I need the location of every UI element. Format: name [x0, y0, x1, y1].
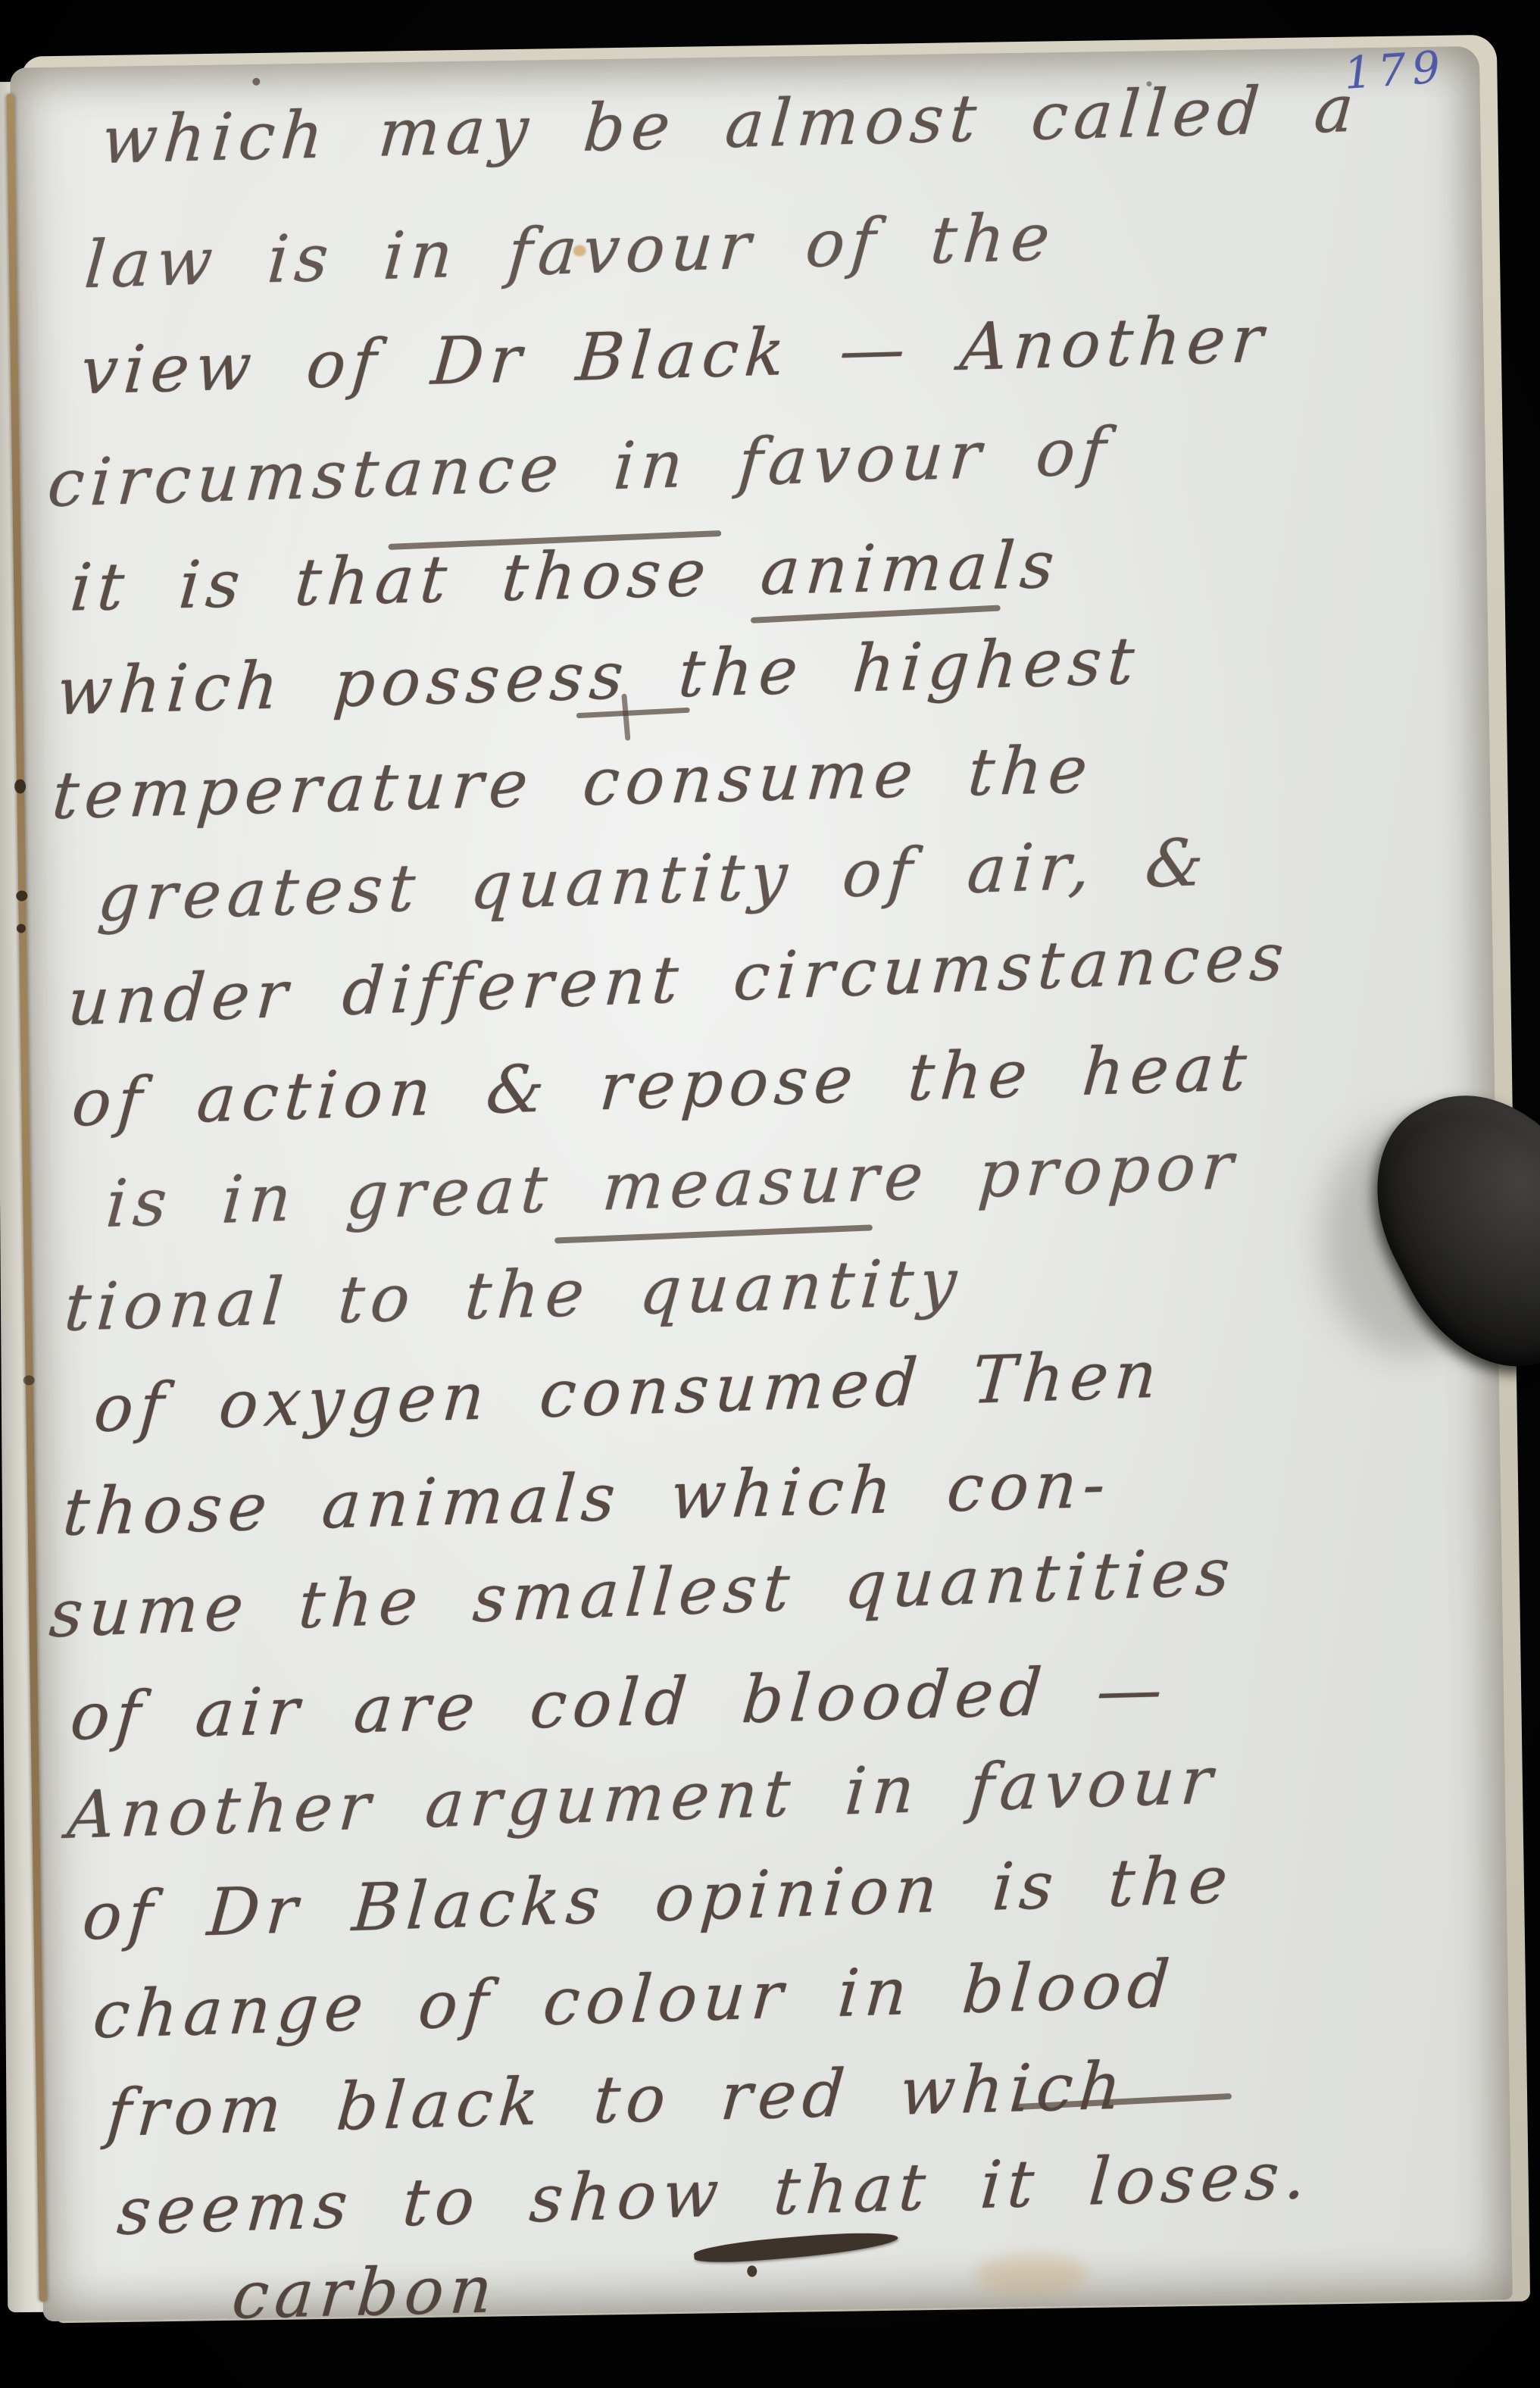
paper-stain [974, 2253, 1089, 2296]
pen-cross-mark [576, 692, 698, 747]
text-line: of oxygen consumed Then [92, 1336, 1166, 1447]
pen-stroke [576, 708, 690, 718]
text-line: of action & repose the heat [70, 1030, 1255, 1142]
text-line: from black to red which [104, 2048, 1129, 2152]
text-line: is in great measure propor [104, 1128, 1242, 1242]
text-line: view of Dr Black — Another [78, 302, 1272, 410]
photo-backdrop: 179 which may be almost called a law is … [0, 0, 1540, 2388]
text-line: of air are cold blooded — [67, 1652, 1171, 1755]
ink-speck [1146, 81, 1151, 86]
text-line: law is in favour of the [82, 199, 1058, 303]
correction-stroke [554, 1224, 873, 1243]
text-line: temperature consume the [49, 732, 1096, 834]
stitch-hole [23, 1375, 35, 1385]
stitch-hole [17, 924, 26, 933]
text-line: greatest quantity of air, & [95, 824, 1213, 936]
pen-stroke [621, 693, 630, 740]
text-line: sume the smallest quantities [47, 1534, 1239, 1652]
text-line: tional to the quantity [62, 1244, 966, 1346]
text-line: circumstance in favour of [45, 414, 1114, 522]
text-line: change of colour in blood [90, 1946, 1178, 2053]
ink-speck [252, 78, 260, 86]
text-line: which may be almost called a [98, 71, 1362, 179]
stitch-hole [16, 890, 27, 901]
text-line: Another argument in favour [65, 1743, 1221, 1854]
ink-blot-dash [693, 2228, 898, 2266]
ink-blot-dot [747, 2265, 757, 2277]
text-line: of Dr Blacks opinion is the [80, 1842, 1236, 1955]
text-line: those animals which con- [60, 1446, 1114, 1551]
text-line: carbon [230, 2252, 501, 2333]
stitch-hole [14, 779, 26, 793]
text-line: seems to show that it loses. [114, 2137, 1314, 2249]
manuscript-page: 179 which may be almost called a law is … [10, 46, 1513, 2321]
text-line: under different circumstances [65, 919, 1292, 1041]
